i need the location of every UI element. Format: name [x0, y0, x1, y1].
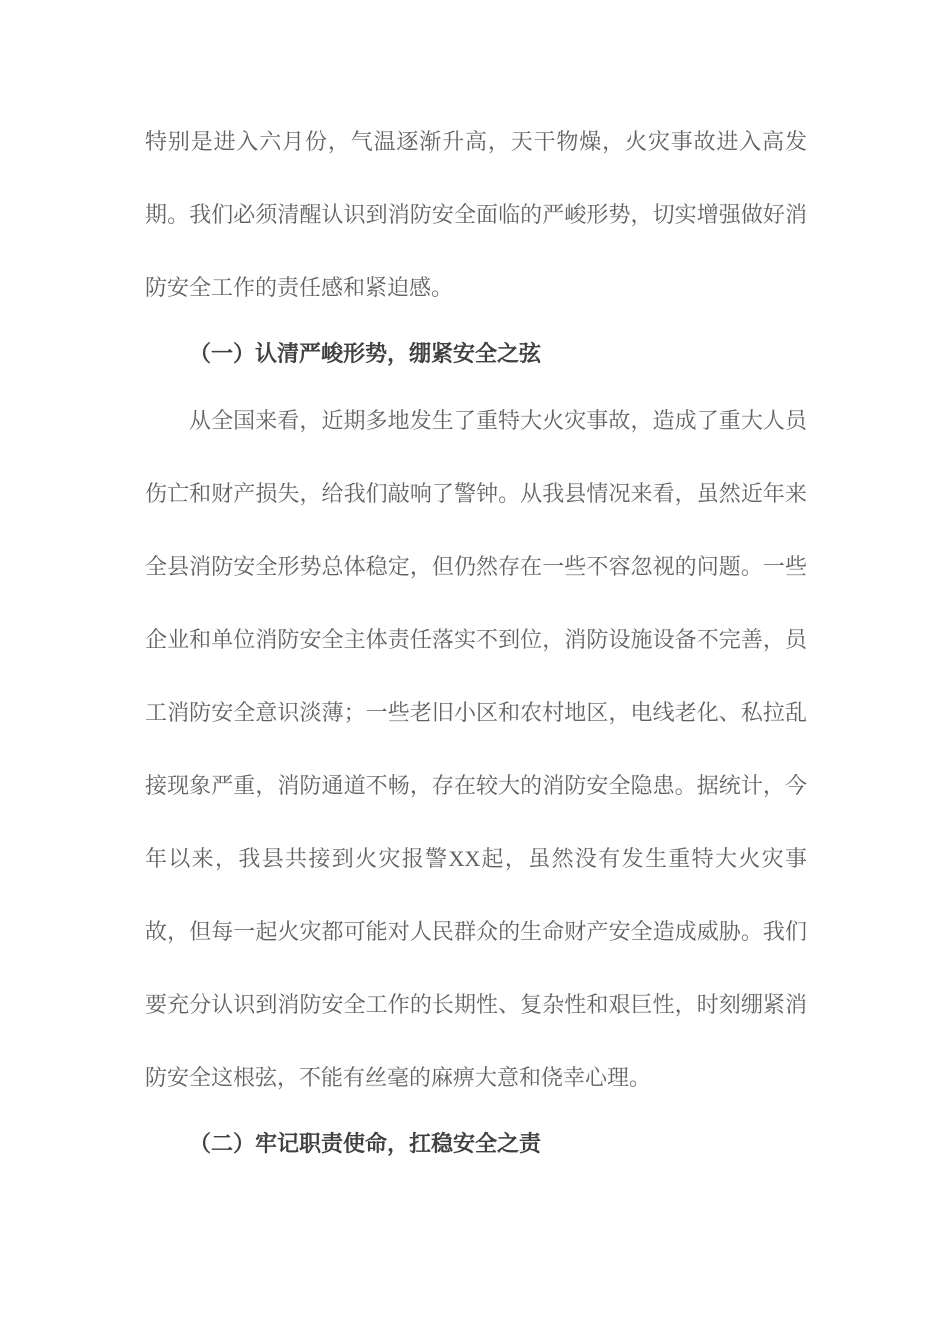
section-heading-1: （一）认清严峻形势，绷紧安全之弦: [145, 324, 807, 384]
paragraph-section-1-body: 从全国来看，近期多地发生了重特大火灾事故，造成了重大人员伤亡和财产损失，给我们敲…: [145, 384, 807, 1114]
section-heading-2: （二）牢记职责使命，扛稳安全之责: [145, 1114, 807, 1174]
document-page: 特别是进入六月份，气温逐渐升高，天干物燥，火灾事故进入高发期。我们必须清醒认识到…: [0, 0, 950, 1344]
paragraph-continuation: 特别是进入六月份，气温逐渐升高，天干物燥，火灾事故进入高发期。我们必须清醒认识到…: [145, 105, 807, 324]
document-content: 特别是进入六月份，气温逐渐升高，天干物燥，火灾事故进入高发期。我们必须清醒认识到…: [145, 105, 807, 1174]
